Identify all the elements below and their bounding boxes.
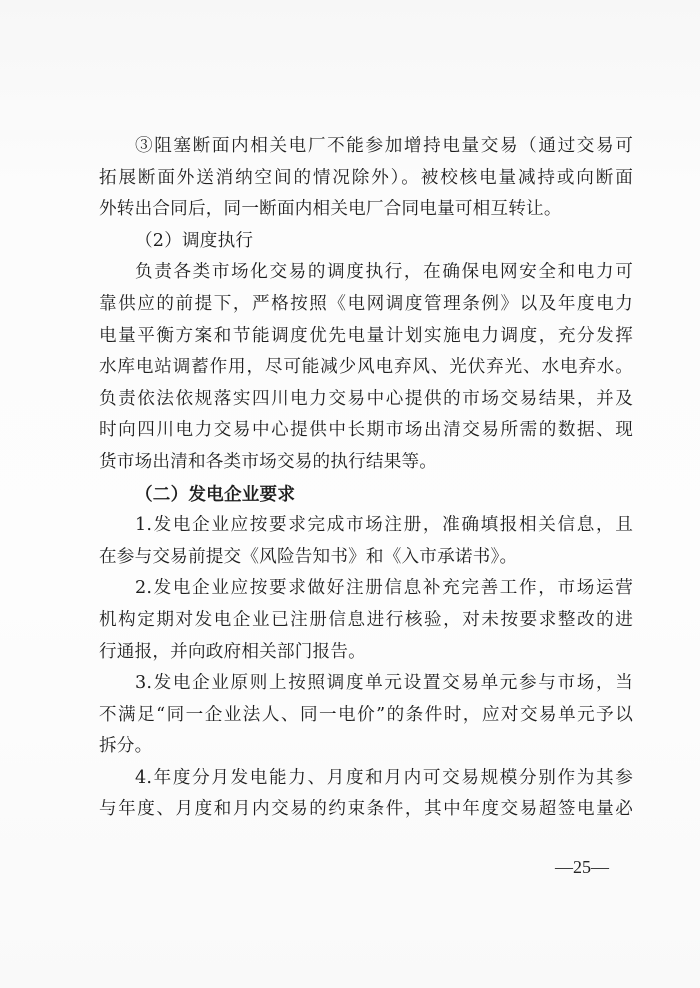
text-line: 行通报，并向政府相关部门报告。 <box>99 637 633 669</box>
text-line: 拆分。 <box>99 731 633 763</box>
text-line: 负责各类市场化交易的调度执行，在确保电网安全和电力可 <box>99 257 633 289</box>
text-line: 机构定期对发电企业已注册信息进行核验，对未按要求整改的进 <box>99 605 633 637</box>
document-page: ③阻塞断面内相关电厂不能参加增持电量交易（通过交易可 拓展断面外送消纳空间的情况… <box>0 0 700 988</box>
document-body: ③阻塞断面内相关电厂不能参加增持电量交易（通过交易可 拓展断面外送消纳空间的情况… <box>99 131 633 826</box>
text-line: 时向四川电力交易中心提供中长期市场出清交易所需的数据、现 <box>99 415 633 447</box>
text-line: 3.发电企业原则上按照调度单元设置交易单元参与市场，当 <box>99 668 633 700</box>
text-line: 1.发电企业应按要求完成市场注册，准确填报相关信息，且 <box>99 510 633 542</box>
text-line: 负责依法依规落实四川电力交易中心提供的市场交易结果，并及 <box>99 384 633 416</box>
text-line: 电量平衡方案和节能调度优先电量计划实施电力调度，充分发挥 <box>99 321 633 353</box>
text-line: 外转出合同后，同一断面内相关电厂合同电量可相互转让。 <box>99 194 633 226</box>
text-line: 不满足“同一企业法人、同一电价”的条件时，应对交易单元予以 <box>99 700 633 732</box>
text-line: 靠供应的前提下，严格按照《电网调度管理条例》以及年度电力 <box>99 289 633 321</box>
section-heading: （二）发电企业要求 <box>99 479 633 511</box>
page-number: —25— <box>555 857 609 878</box>
text-line: 水库电站调蓄作用，尽可能减少风电弃风、光伏弃光、水电弃水。 <box>99 352 633 384</box>
text-line: ③阻塞断面内相关电厂不能参加增持电量交易（通过交易可 <box>99 131 633 163</box>
text-line: 4.年度分月发电能力、月度和月内可交易规模分别作为其参 <box>99 763 633 795</box>
section-heading: （2）调度执行 <box>99 226 633 258</box>
text-line: 2.发电企业应按要求做好注册信息补充完善工作，市场运营 <box>99 573 633 605</box>
text-line: 货市场出清和各类市场交易的执行结果等。 <box>99 447 633 479</box>
text-line: 与年度、月度和月内交易的约束条件，其中年度交易超签电量必 <box>99 794 633 826</box>
text-line: 在参与交易前提交《风险告知书》和《入市承诺书》。 <box>99 542 633 574</box>
text-line: 拓展断面外送消纳空间的情况除外）。被校核电量减持或向断面 <box>99 163 633 195</box>
